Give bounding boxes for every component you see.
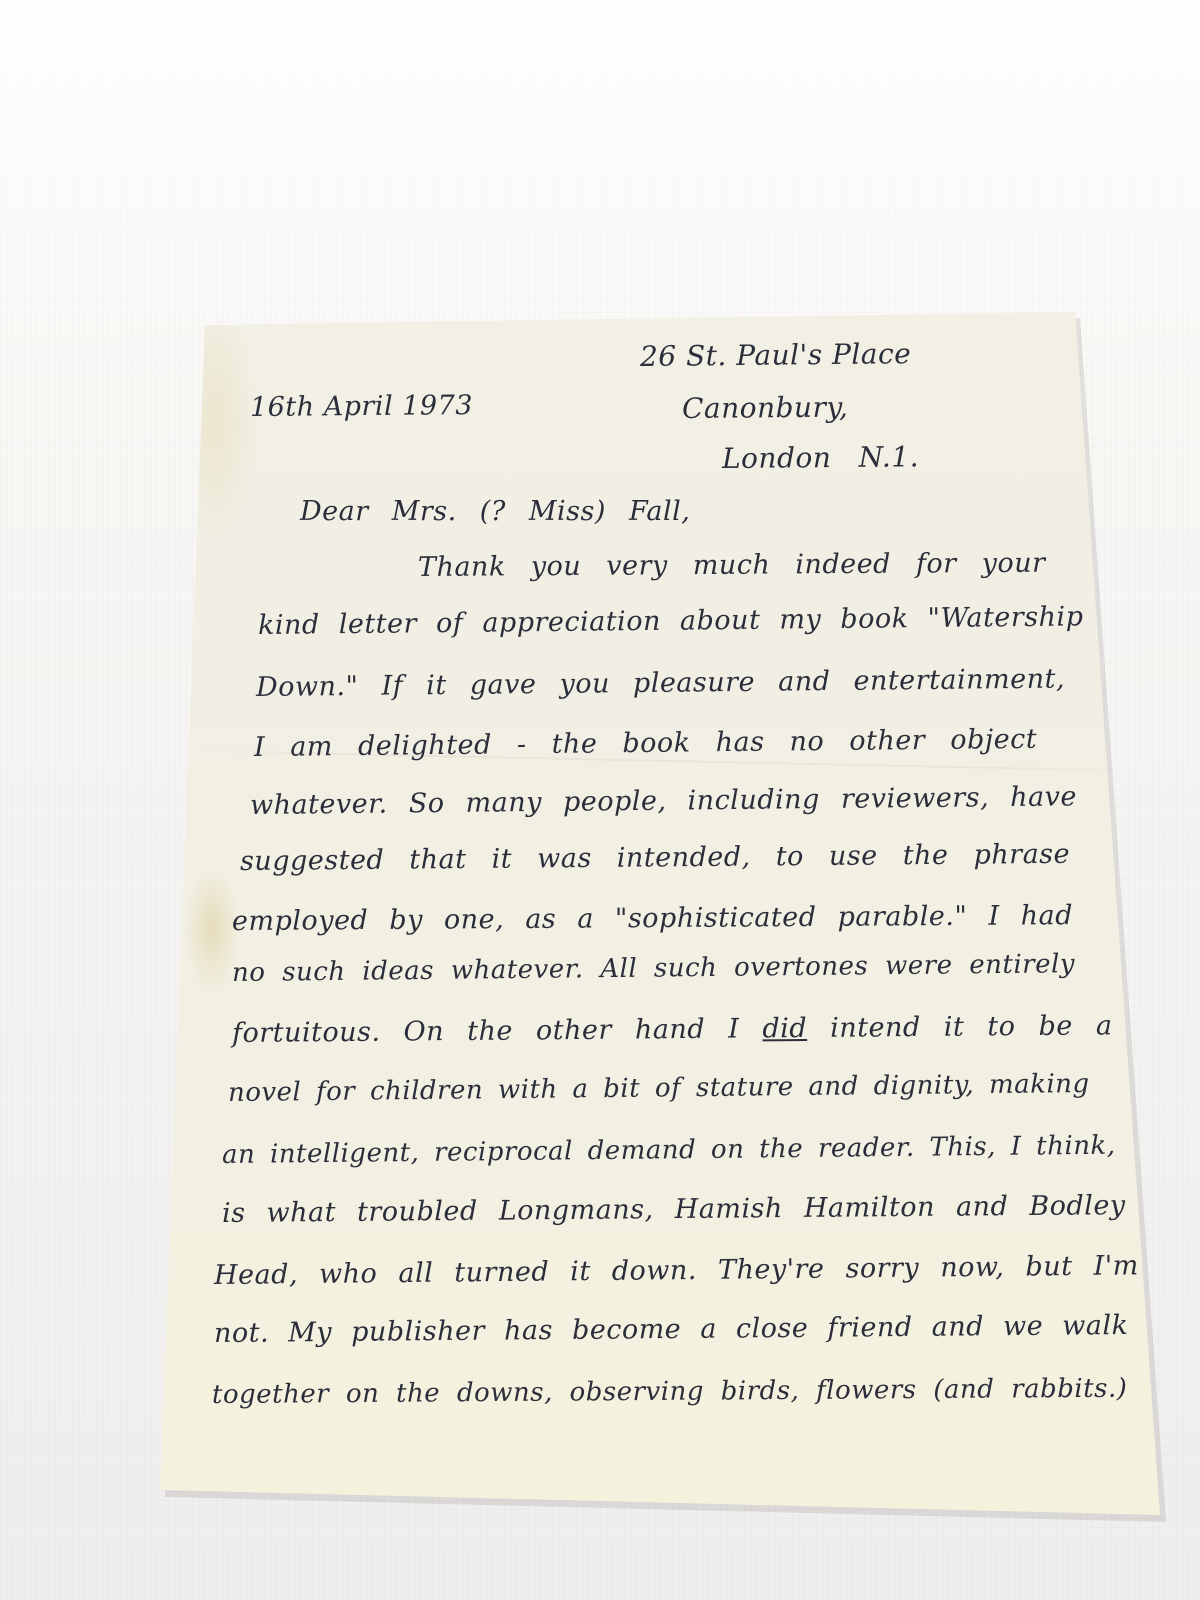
salutation: Dear Mrs. (? Miss) Fall, [300,496,690,527]
letter-date: 16th April 1973 [250,390,473,423]
body-line-15: together on the downs, observing birds, … [212,1374,1128,1410]
underlined-word: did [762,1013,807,1044]
body-line-1: Thank you very much indeed for your [418,548,1046,583]
address-line-2: Canonbury, [682,391,849,425]
address-line-3: London N.1. [722,440,919,475]
address-line-1: 26 St. Paul's Place [640,337,912,373]
body-line-7: employed by one, as a "sophisticated par… [232,900,1073,937]
